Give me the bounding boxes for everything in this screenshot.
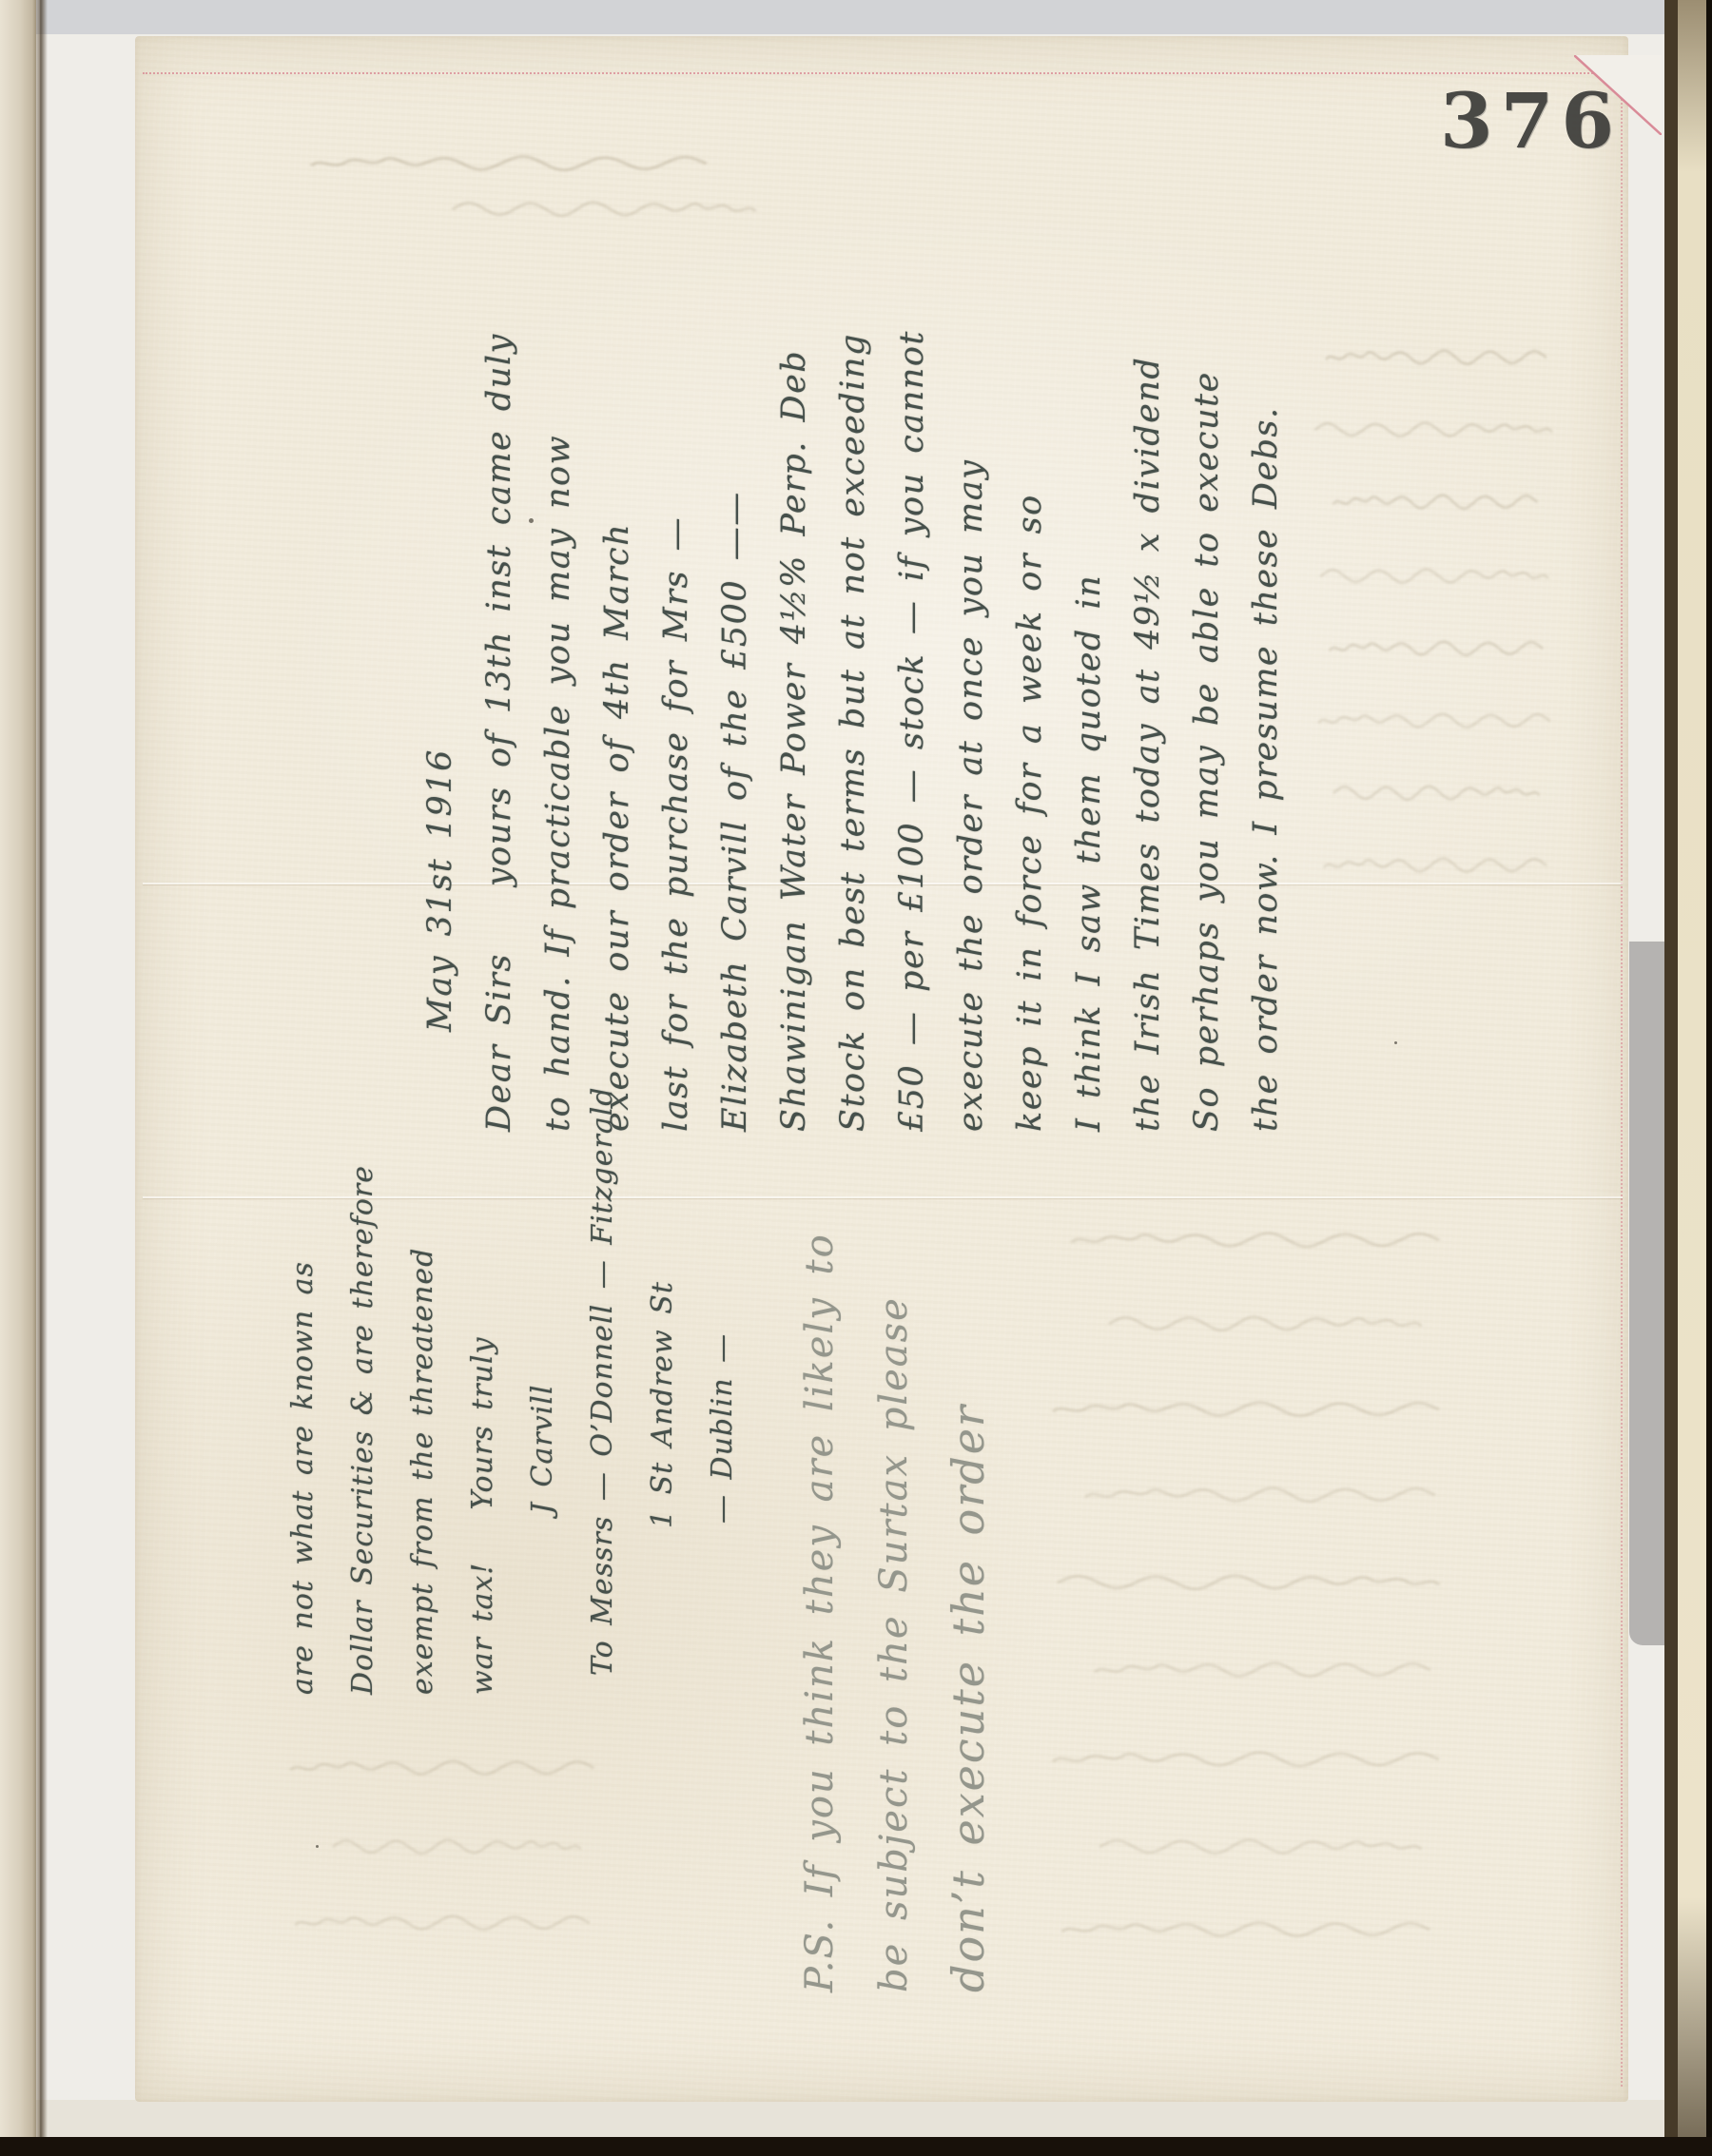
right-page-edge-gray-segment [1629,942,1664,1645]
postscript-block: P.S. If you think they are likely to be … [783,1222,1013,1992]
postscript-line: be subject to the Surtax please [857,1222,931,1992]
letter-line: Dollar Securities & are therefore [333,1219,393,1695]
postscript-line: don’t execute the order [931,1222,1005,1992]
continuation-block: are not what are known as Dollar Securit… [273,1219,753,1695]
letter-line: execute the order at once you may [942,255,1001,1132]
letter-line: £50 — per £100 — stock — if you cannot [883,255,942,1132]
next-page-edge [1678,0,1706,2156]
letter-line: exempt from the threatened [393,1219,453,1695]
address-line: 1 St Andrew St [632,1219,692,1695]
bottom-shadow [0,2137,1712,2156]
letter-line: Elizabeth Carvill of the £500 —— [706,255,765,1132]
address-line: To Messrs — O’Donnell — Fitzgerald [573,1219,632,1695]
letter-line: execute our order of 4th March [588,255,647,1132]
red-margin-line [143,72,1619,74]
letter-line: Shawinigan Water Power 4½% Perp. Deb [765,255,824,1132]
address-line: — Dublin — [692,1219,752,1695]
letter-line: the order now. I presume these Debs. [1236,255,1295,1132]
top-backing-edge [34,0,1664,34]
letter-line: the Irish Times today at 49½ x dividend [1119,255,1177,1132]
letter-line: are not what are known as [273,1219,333,1695]
left-page-edge [0,0,36,2156]
letter-line: last for the purchase for Mrs — [647,255,706,1132]
letter-body-text: May 31st 1916 Dear Sirsyours of 13th ins… [411,255,1295,1132]
letter-line: yours of 13th inst came duly [480,333,518,886]
bottom-backing-edge [34,2100,1664,2138]
letter-line: Stock on best terms but at not exceeding [824,255,883,1132]
letter-line: So perhaps you may be able to execute [1177,255,1236,1132]
letter-line: I think I saw them quoted in [1060,255,1119,1132]
gutter-crease [32,0,48,2156]
letter-line: keep it in force for a week or so [1001,255,1060,1132]
ink-speck [316,1845,319,1848]
letterbook-page-scan: 376 May 31st 1916 Dear Sirsyours of 13th… [0,0,1712,2156]
continuation-text: are not what are known as Dollar Securit… [273,1219,753,1695]
salutation-line: Dear Sirsyours of 13th inst came duly [470,255,529,1132]
signature: J Carvill [513,1219,573,1695]
ink-speck [1394,1041,1397,1044]
letter-line: to hand. If practicable you may now [529,255,588,1132]
valediction-line: war tax!Yours truly [453,1219,513,1695]
postscript-text: P.S. If you think they are likely to be … [783,1222,1013,1992]
letter-line: war tax! [466,1563,499,1695]
letter-body-block: May 31st 1916 Dear Sirsyours of 13th ins… [411,255,1295,1132]
page-number-stamp: 376 [1440,76,1622,165]
salutation: Dear Sirs [480,953,518,1132]
valediction: Yours truly [466,1337,499,1510]
postscript-line: P.S. If you think they are likely to [783,1222,857,1992]
red-edge-line [1621,80,1623,2087]
book-cover-edge [1706,0,1712,2156]
book-gap-shadow [1664,0,1678,2156]
letter-date: May 31st 1916 [411,255,470,1132]
